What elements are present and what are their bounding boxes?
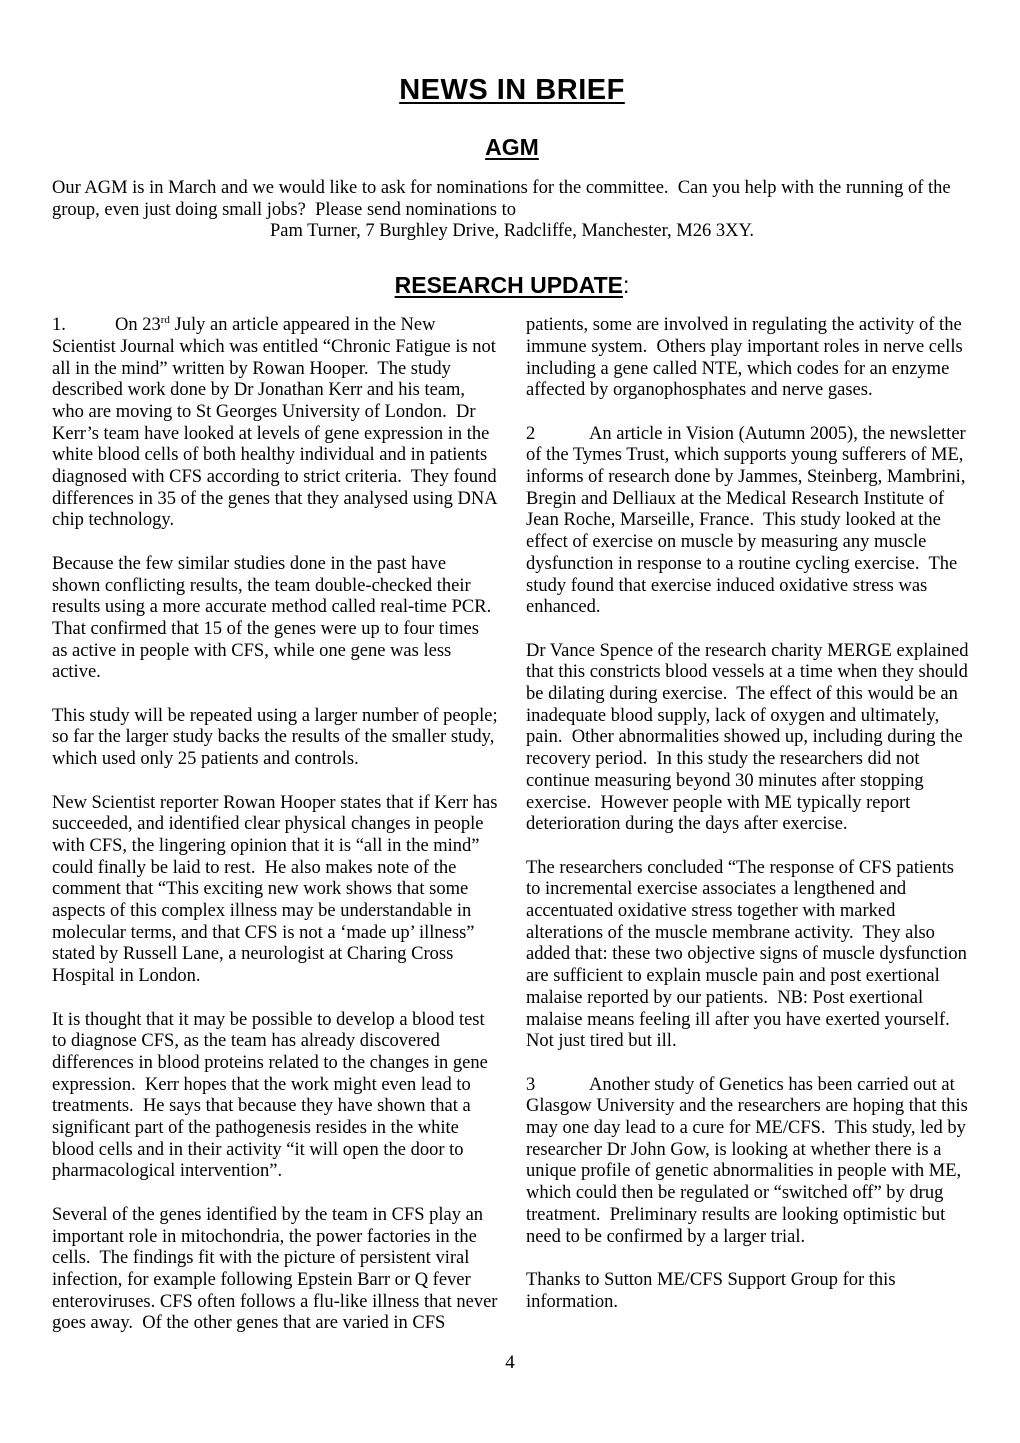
research-item-2: 2An article in Vision (Autumn 2005), the… [526,424,972,619]
item-1-continuation-paragraph: patients, some are involved in regulatin… [526,315,972,402]
research-update-heading-colon: : [623,272,629,298]
research-update-heading-text: RESEARCH UPDATE [395,272,623,298]
page-title: NEWS IN BRIEF [52,72,972,108]
right-paragraph: Dr Vance Spence of the research charity … [526,641,972,836]
item-1-ordinal-superscript: rd [161,314,170,326]
two-column-layout: 1.On 23rd July an article appeared in th… [52,315,972,1335]
document-page: NEWS IN BRIEF AGM Our AGM is in March an… [0,0,1020,1443]
agm-address-line: Pam Turner, 7 Burghley Drive, Radcliffe,… [52,221,972,243]
page-title-text: NEWS IN BRIEF [399,74,625,106]
page-number: 4 [0,1352,1020,1374]
agm-intro-paragraph: Our AGM is in March and we would like to… [52,178,972,221]
left-paragraph: This study will be repeated using a larg… [52,706,498,771]
left-column: 1.On 23rd July an article appeared in th… [52,315,498,1335]
item-3-number: 3 [526,1075,589,1097]
left-paragraph: It is thought that it may be possible to… [52,1010,498,1184]
closing-thanks-paragraph: Thanks to Sutton ME/CFS Support Group fo… [526,1270,972,1313]
agm-heading-text: AGM [485,134,539,160]
research-update-heading: RESEARCH UPDATE: [52,270,972,300]
item-1-text-rest: July an article appeared in the New Scie… [52,315,501,530]
agm-section: Our AGM is in March and we would like to… [52,178,972,243]
left-paragraph: New Scientist reporter Rowan Hooper stat… [52,793,498,988]
research-item-1: 1.On 23rd July an article appeared in th… [52,315,498,532]
left-paragraph: Several of the genes identified by the t… [52,1205,498,1335]
right-paragraph: The researchers concluded “The response … [526,858,972,1053]
item-1-number: 1. [52,315,115,337]
item-2-text: An article in Vision (Autumn 2005), the … [526,424,970,618]
item-1-text-start: On 23 [115,315,161,335]
left-paragraph: Because the few similar studies done in … [52,554,498,684]
research-item-3: 3Another study of Genetics has been carr… [526,1075,972,1249]
agm-heading: AGM [52,132,972,162]
right-column: patients, some are involved in regulatin… [526,315,972,1335]
item-2-number: 2 [526,424,589,446]
item-3-text: Another study of Genetics has been carri… [526,1075,972,1247]
